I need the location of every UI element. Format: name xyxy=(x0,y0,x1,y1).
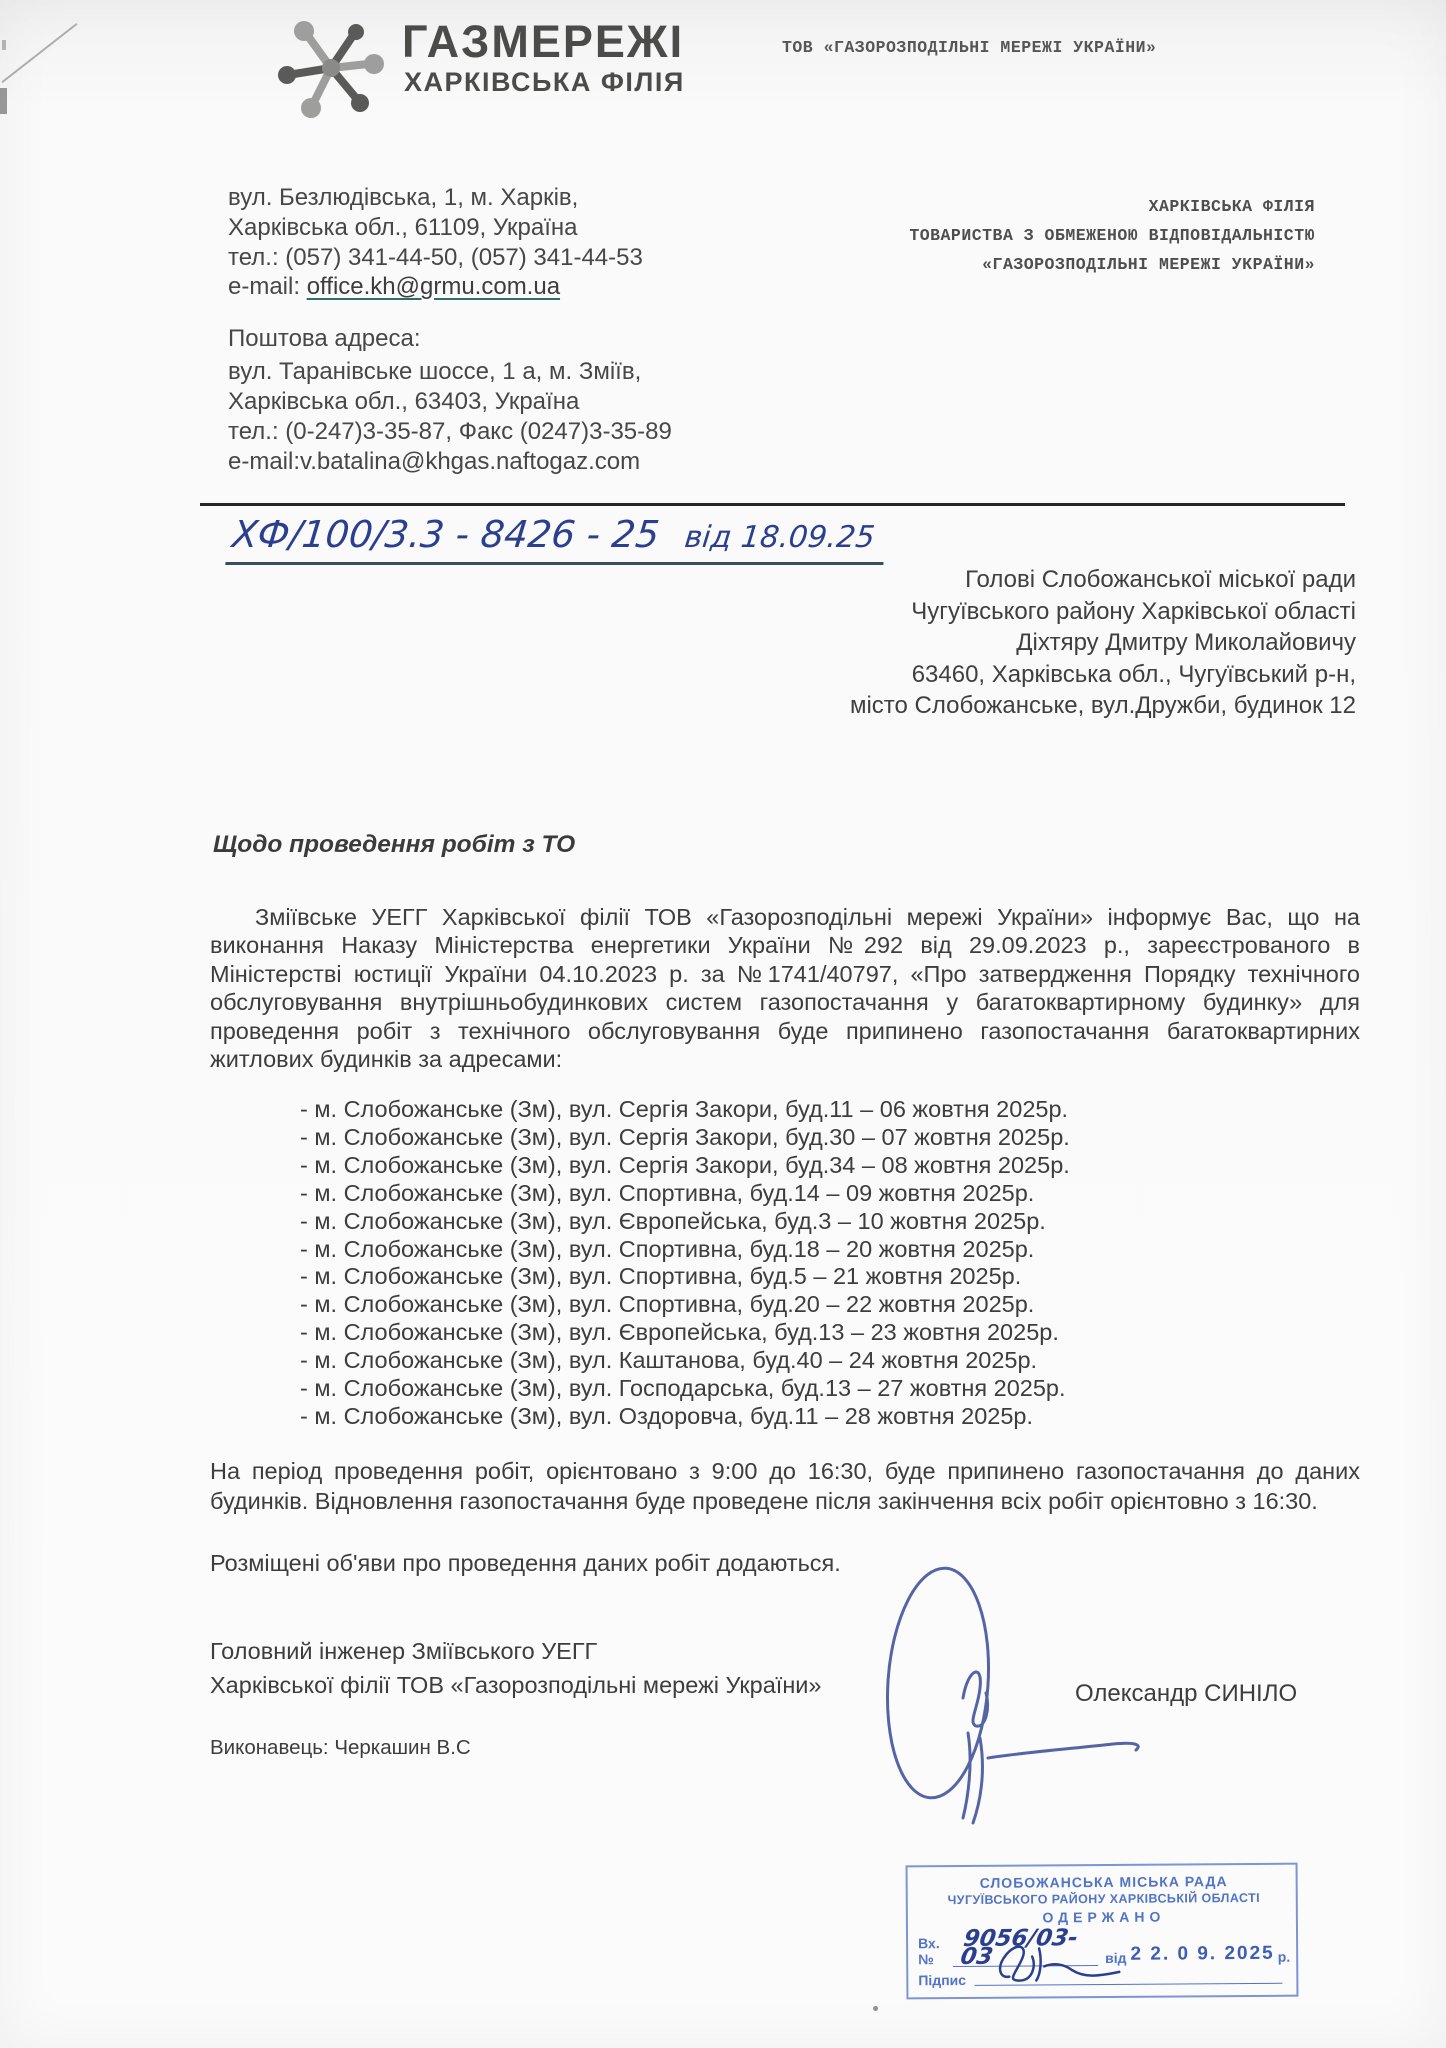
recipient-line: 63460, Харківська обл., Чугуївський р-н, xyxy=(700,659,1356,691)
signer-position-line1: Головний інженер Зміївського УЕГГ xyxy=(210,1638,597,1665)
scan-artifact xyxy=(0,88,7,114)
scan-artifact xyxy=(873,2006,878,2011)
address-list-item: - м. Слобожанське (Зм), вул. Європейська… xyxy=(300,1208,1070,1236)
scan-artifact xyxy=(1,23,77,83)
stamp-received-label: ОДЕРЖАНО xyxy=(918,1908,1290,1927)
contact-line: тел.: (057) 341-44-50, (057) 341-44-53 xyxy=(228,243,643,273)
contact-address-block: вул. Безлюдівська, 1, м. Харків,Харківсь… xyxy=(228,183,643,273)
postal-line: тел.: (0-247)3-35-87, Факс (0247)3-35-89 xyxy=(228,417,672,447)
postal-label: Поштова адреса: xyxy=(228,325,420,353)
address-list-item: - м. Слобожанське (Зм), вул. Сергія Зако… xyxy=(300,1124,1070,1152)
stamp-org-line2: ЧУГУЇВСЬКОГО РАЙОНУ ХАРКІВСЬКІЙ ОБЛАСТІ xyxy=(918,1891,1290,1908)
address-list-item: - м. Слобожанське (Зм), вул. Каштанова, … xyxy=(300,1347,1070,1375)
branch-line: «ГАЗОРОЗПОДІЛЬНІ МЕРЕЖІ УКРАЇНИ» xyxy=(690,250,1315,279)
reference-number: ХФ/100/3.3 - 8426 - 25 xyxy=(230,513,661,556)
address-list-item: - м. Слобожанське (Зм), вул. Сергія Зако… xyxy=(300,1096,1070,1124)
recipient-line: Чугуївського району Харківської області xyxy=(700,596,1356,628)
address-list-item: - м. Слобожанське (Зм), вул. Спортивна, … xyxy=(300,1291,1070,1319)
stamp-date: 2 2. 0 9. 2025 xyxy=(1130,1943,1274,1966)
email-label: e-mail: xyxy=(228,273,307,300)
scanned-letter-page: ГАЗМЕРЕЖІ ХАРКІВСЬКА ФІЛІЯ ТОВ «ГАЗОРОЗП… xyxy=(0,0,1446,2048)
stamp-year-suffix: р. xyxy=(1278,1949,1291,1965)
postal-line: Харківська обл., 63403, Україна xyxy=(228,387,672,417)
logo-subtitle: ХАРКІВСЬКА ФІЛІЯ xyxy=(404,67,685,98)
signer-position-line2: Харківської філії ТОВ «Газорозподільні м… xyxy=(210,1672,822,1699)
recipient-line: Діхтяру Дмитру Миколайовичу xyxy=(700,627,1356,659)
body-paragraph-1: Зміївське УЕГГ Харківської філії ТОВ «Га… xyxy=(210,903,1360,1073)
recipient-block: Голові Слобожанської міської радиЧугуївс… xyxy=(700,564,1356,722)
recipient-line: місто Слобожанське, вул.Дружби, будинок … xyxy=(700,690,1356,722)
logo-title: ГАЗМЕРЕЖІ xyxy=(402,16,684,68)
reference-date: від 18.09.25 xyxy=(683,520,877,555)
address-list-item: - м. Слобожанське (Зм), вул. Спортивна, … xyxy=(300,1263,1070,1291)
stamp-org-line1: СЛОБОЖАНСЬКА МІСЬКА РАДА xyxy=(918,1873,1290,1892)
postal-line: e-mail:v.batalina@khgas.naftogaz.com xyxy=(228,447,672,477)
header-separator xyxy=(200,503,1345,506)
reference-number-handwritten: ХФ/100/3.3 - 8426 - 25від 18.09.25 xyxy=(225,513,889,565)
address-list-item: - м. Слобожанське (Зм), вул. Спортивна, … xyxy=(300,1236,1070,1264)
scan-artifact xyxy=(2,40,6,50)
email-address: office.kh@grmu.com.ua xyxy=(307,273,560,300)
receiving-stamp: СЛОБОЖАНСЬКА МІСЬКА РАДА ЧУГУЇВСЬКОГО РА… xyxy=(906,1863,1299,2000)
body-paragraph-3: Розміщені об'яви про проведення даних ро… xyxy=(210,1550,841,1577)
branch-line: ТОВАРИСТВА З ОБМЕЖЕНОЮ ВІДПОВІДАЛЬНІСТЮ xyxy=(690,221,1315,250)
email-line: e-mail: office.kh@grmu.com.ua xyxy=(228,273,560,301)
company-name-top: ТОВ «ГАЗОРОЗПОДІЛЬНІ МЕРЕЖІ УКРАЇНИ» xyxy=(782,38,1327,57)
executor-line: Виконавець: Черкашин В.С xyxy=(210,1736,471,1760)
stamp-signature-ink xyxy=(984,1936,1134,1987)
branch-name-block: ХАРКІВСЬКА ФІЛІЯТОВАРИСТВА З ОБМЕЖЕНОЮ В… xyxy=(690,192,1315,279)
address-list-item: - м. Слобожанське (Зм), вул. Оздоровча, … xyxy=(300,1403,1070,1431)
address-list-item: - м. Слобожанське (Зм), вул. Господарськ… xyxy=(300,1375,1070,1403)
stamp-signature-line xyxy=(974,1969,1282,1986)
stamp-incoming-label: Вх. № xyxy=(918,1935,956,1967)
stamp-sign-label: Підпис xyxy=(918,1972,966,1988)
postal-address-block: вул. Таранівське шоссе, 1 а, м. Зміїв,Ха… xyxy=(228,357,672,477)
address-list-item: - м. Слобожанське (Зм), вул. Спортивна, … xyxy=(300,1180,1070,1208)
address-list-item: - м. Слобожанське (Зм), вул. Європейська… xyxy=(300,1319,1070,1347)
contact-line: вул. Безлюдівська, 1, м. Харків, xyxy=(228,183,643,213)
postal-line: вул. Таранівське шоссе, 1 а, м. Зміїв, xyxy=(228,357,672,387)
signature-ink xyxy=(868,1548,1168,1873)
body-paragraph-2: На період проведення робіт, орієнтовано … xyxy=(210,1456,1360,1516)
contact-line: Харківська обл., 61109, Україна xyxy=(228,213,643,243)
recipient-line: Голові Слобожанської міської ради xyxy=(700,564,1356,596)
subject-line: Щодо проведення робіт з ТО xyxy=(213,831,575,859)
gazmerezhi-logo-icon xyxy=(272,14,390,127)
address-list: - м. Слобожанське (Зм), вул. Сергія Зако… xyxy=(300,1096,1070,1431)
branch-line: ХАРКІВСЬКА ФІЛІЯ xyxy=(690,192,1315,221)
address-list-item: - м. Слобожанське (Зм), вул. Сергія Зако… xyxy=(300,1152,1070,1180)
